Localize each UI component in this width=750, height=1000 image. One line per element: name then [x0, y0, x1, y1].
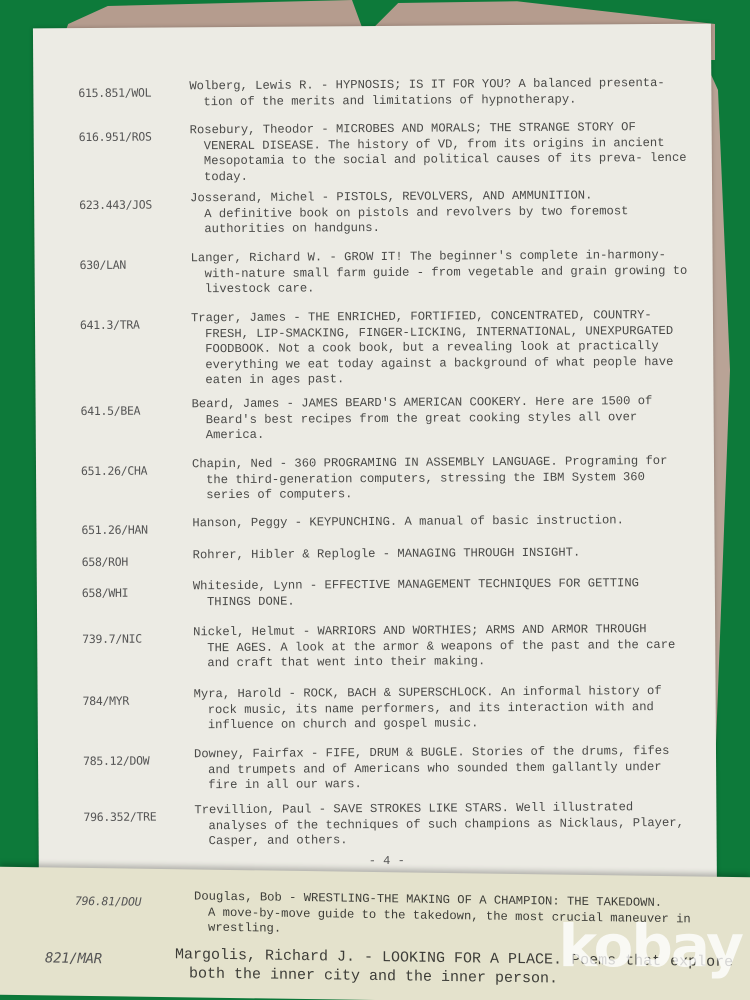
- page-number: - 4 -: [369, 854, 405, 868]
- entry-title: Hanson, Peggy - KEYPUNCHING. A manual of…: [192, 513, 692, 532]
- call-number: 785.12/DOW: [83, 754, 149, 770]
- catalog-entry: 641.5/BEABeard, James - JAMES BEARD'S AM…: [36, 394, 714, 399]
- entry-description: the third-generation computers, stressin…: [192, 469, 692, 503]
- call-number: 739.7/NIC: [82, 632, 142, 648]
- catalog-entry: 796.352/TRETrevillion, Paul - SAVE STROK…: [38, 800, 716, 805]
- document-page: 615.851/WOLWolberg, Lewis R. - HYPNOSIS;…: [33, 24, 717, 909]
- entry-description: FRESH, LIP-SMACKING, FINGER-LICKING, INT…: [191, 323, 691, 388]
- call-number: 641.5/BEA: [81, 404, 141, 420]
- entry-description: tion of the merits and limitations of hy…: [189, 91, 689, 110]
- entry-description: THINGS DONE.: [193, 591, 693, 610]
- catalog-entry: 784/MYRMyra, Harold - ROCK, BACH & SUPER…: [38, 684, 716, 689]
- entry-description: analyses of the techniques of such champ…: [194, 815, 694, 849]
- catalog-entry: 615.851/WOLWolberg, Lewis R. - HYPNOSIS;…: [33, 76, 711, 81]
- call-number: 651.26/HAN: [81, 523, 147, 539]
- catalog-entry: 616.951/ROSRosebury, Theodor - MICROBES …: [34, 120, 712, 125]
- entry-title: Rohrer, Hibler & Replogle - MANAGING THR…: [193, 545, 693, 564]
- call-number: 796.352/TRE: [83, 810, 156, 826]
- catalog-entry: 630/LANLanger, Richard W. - GROW IT! The…: [35, 248, 713, 253]
- entry-description: with-nature small farm guide - from vege…: [191, 263, 691, 297]
- call-number: 658/ROH: [82, 555, 128, 571]
- catalog-entry: 658/ROHRohrer, Hibler & Replogle - MANAG…: [37, 545, 715, 550]
- catalog-entry: 658/WHIWhiteside, Lynn - EFFECTIVE MANAG…: [37, 576, 715, 581]
- entry-description: and trumpets and of Americans who sounde…: [194, 759, 694, 793]
- call-number: 658/WHI: [82, 586, 128, 602]
- entry-description: A definitive book on pistols and revolve…: [190, 203, 690, 237]
- catalog-entry: 623.443/JOSJosserand, Michel - PISTOLS, …: [34, 188, 712, 193]
- catalog-entry: 739.7/NICNickel, Helmut - WARRIORS AND W…: [37, 622, 715, 627]
- catalog-entry: 641.3/TRATrager, James - THE ENRICHED, F…: [35, 308, 713, 313]
- entry-description: THE AGES. A look at the armor & weapons …: [193, 637, 693, 671]
- entry-description: rock music, its name performers, and its…: [194, 699, 694, 733]
- call-number: 651.26/CHA: [81, 464, 147, 480]
- call-number: 630/LAN: [80, 258, 126, 274]
- call-number: 784/MYR: [83, 694, 129, 710]
- call-number: 796.81/DOU: [75, 894, 141, 910]
- call-number: 821/MAR: [45, 949, 102, 969]
- catalog-entry: 785.12/DOWDowney, Fairfax - FIFE, DRUM &…: [38, 744, 716, 749]
- catalog-entry: 651.26/CHAChapin, Ned - 360 PROGRAMING I…: [36, 454, 714, 459]
- call-number: 616.951/ROS: [79, 130, 152, 146]
- catalog-entry: 796.81/DOUDouglas, Bob - WRESTLING-THE M…: [30, 887, 750, 897]
- watermark-logo: kobay: [558, 912, 742, 980]
- entry-description: Beard's best recipes from the great cook…: [192, 409, 692, 443]
- call-number: 615.851/WOL: [78, 86, 151, 102]
- entry-description: VENERAL DISEASE. The history of VD, from…: [190, 135, 690, 185]
- call-number: 641.3/TRA: [80, 318, 140, 334]
- call-number: 623.443/JOS: [79, 198, 152, 214]
- catalog-entry: 651.26/HANHanson, Peggy - KEYPUNCHING. A…: [36, 513, 714, 518]
